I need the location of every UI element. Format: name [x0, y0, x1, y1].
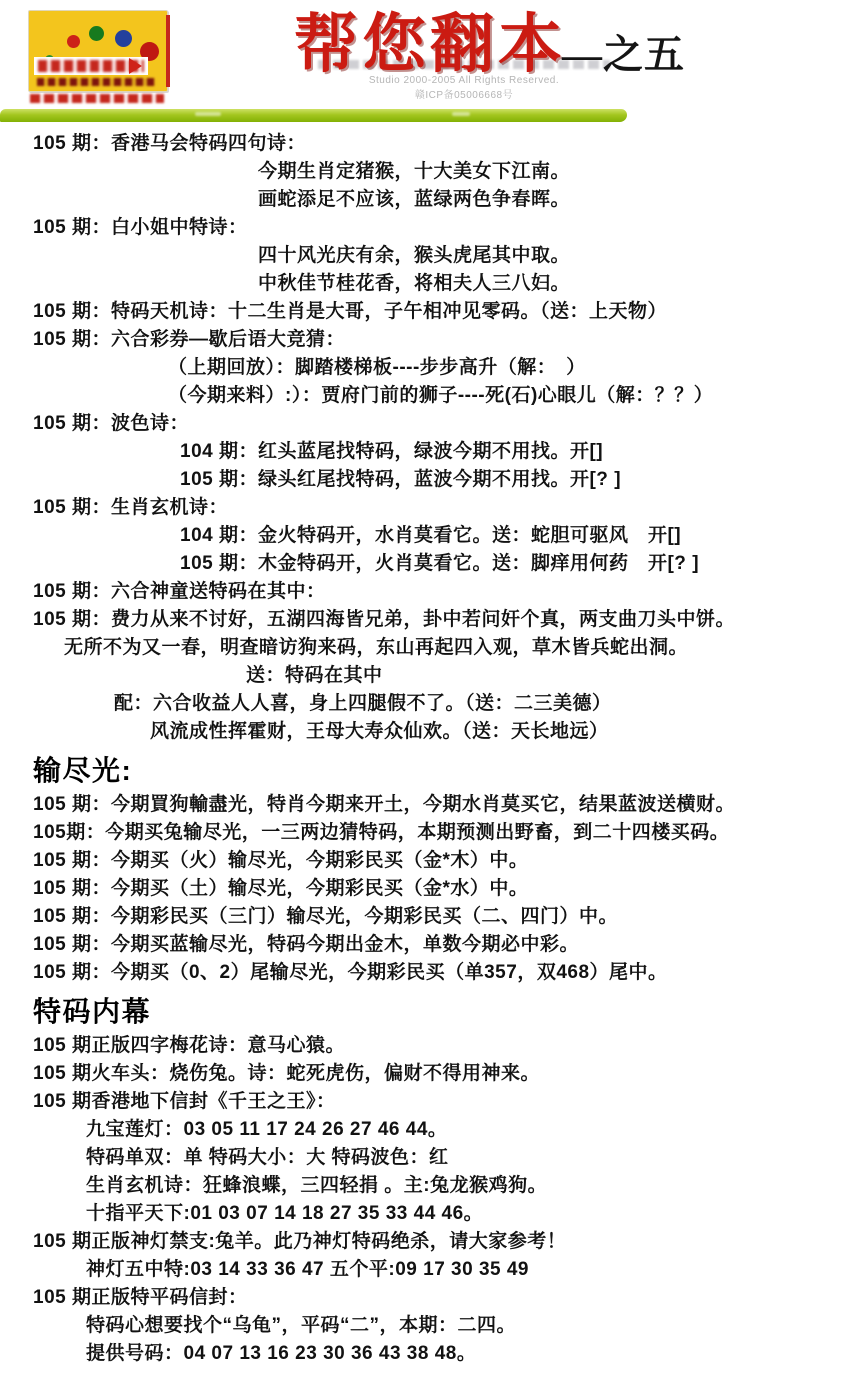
text-line: 105 期火车头：烧伤兔。诗：蛇死虎伤，偏财不得用神来。 [0, 1060, 864, 1088]
page: 帮您翻本 —之五 Studio 2000-2005 All Rights Res… [0, 0, 864, 1374]
header: 帮您翻本 —之五 Studio 2000-2005 All Rights Res… [0, 0, 864, 130]
text-line: 105 期：今期买（土）输尽光，今期彩民买（金*水）中。 [0, 875, 864, 903]
text-line: 105 期：绿头红尾找特码，蓝波今期不用找。开[? ] [0, 466, 864, 494]
text-line: 105 期：今期彩民买（三门）输尽光，今期彩民买（二、四门）中。 [0, 903, 864, 931]
page-title: 帮您翻本 [294, 2, 566, 88]
text-line: 提供号码：04 07 13 16 23 30 36 43 38 48。 [0, 1340, 864, 1368]
text-line: 105 期香港地下信封《千王之王》： [0, 1088, 864, 1116]
text-line: 104 期：金火特码开，水肖莫看它。送：蛇胆可驱风 开[] [0, 522, 864, 550]
text-line: 无所不为又一春，明查暗访狗来码，东山再起四入观，草木皆兵蛇出洞。 [0, 634, 864, 662]
text-line: 105 期：生肖玄机诗： [0, 494, 864, 522]
text-line: 105 期：香港马会特码四句诗： [0, 130, 864, 158]
text-line: （上期回放）：脚踏楼梯板----步步高升（解： ） [0, 354, 864, 382]
text-line: 105 期：白小姐中特诗： [0, 214, 864, 242]
text-line: 105 期：今期买（火）输尽光，今期彩民买（金*木）中。 [0, 847, 864, 875]
page-title-suffix: —之五 [562, 22, 685, 88]
text-line: 中秋佳节桂花香，将相夫人三八妇。 [0, 270, 864, 298]
text-line: 风流成性挥霍财，王母大寿众仙欢。（送：天长地远） [0, 718, 864, 746]
divider-highlight [195, 112, 221, 116]
text-line: 105 期：特码天机诗：十二生肖是大哥，子午相冲见零码。（送：上天物） [0, 298, 864, 326]
lottery-logo [28, 10, 168, 92]
logo-blurred-caption [30, 94, 164, 103]
divider-highlight [452, 112, 470, 116]
text-line: 105 期：今期买（0、2）尾输尽光，今期彩民买（单357，双468）尾中。 [0, 959, 864, 987]
logo-dot-red-small [67, 35, 80, 48]
masthead: 帮您翻本 —之五 [294, 2, 685, 88]
section-heading: 输尽光: [0, 751, 864, 791]
content: 105 期：香港马会特码四句诗：今期生肖定猪猴，十大美女下江南。画蛇添足不应该，… [0, 130, 864, 1368]
text-line: 十指平天下:01 03 07 14 18 27 35 33 44 46。 [0, 1200, 864, 1228]
green-divider [0, 109, 627, 122]
text-line: 104 期：红头蓝尾找特码，绿波今期不用找。开[] [0, 438, 864, 466]
text-line: 105 期：波色诗： [0, 410, 864, 438]
text-line: 105 期正版四字梅花诗：意马心猿。 [0, 1032, 864, 1060]
text-line: 今期生肖定猪猴，十大美女下江南。 [0, 158, 864, 186]
text-line: 特码心想要找个“乌龟”，平码“二”，本期：二四。 [0, 1312, 864, 1340]
text-line: 105 期：今期买蓝输尽光，特码今期出金木，单数今期必中彩。 [0, 931, 864, 959]
text-line: 画蛇添足不应该，蓝绿两色争春晖。 [0, 186, 864, 214]
text-line: 105期：今期买兔输尽光，一三两边猜特码，本期预测出野畜，到二十四楼买码。 [0, 819, 864, 847]
logo-dot-blue [115, 30, 132, 47]
text-line: 特码单双：单 特码大小：大 特码波色：红 [0, 1144, 864, 1172]
text-line: 四十风光庆有余，猴头虎尾其中取。 [0, 242, 864, 270]
text-line: 神灯五中特:03 14 33 36 47 五个平:09 17 30 35 49 [0, 1256, 864, 1284]
text-line: 九宝莲灯：03 05 11 17 24 26 27 46 44。 [0, 1116, 864, 1144]
text-line: （今期来料）:）：贾府门前的狮子----死(石)心眼儿（解：？？） [0, 382, 864, 410]
text-line: 105 期：六合神童送特码在其中： [0, 578, 864, 606]
text-line: 105 期正版神灯禁支:兔羊。此乃神灯特码绝杀，请大家参考！ [0, 1228, 864, 1256]
icp-number: 赣ICP备05006668号 [296, 88, 632, 103]
text-line: 配：六合收益人人喜，身上四腿假不了。（送：二三美德） [0, 690, 864, 718]
text-line: 105 期：今期買狗輸盡光，特肖今期来开土，今期水肖莫买它，结果蓝波送横财。 [0, 791, 864, 819]
text-line: 105 期：费力从来不讨好，五湖四海皆兄弟，卦中若问奸个真，两支曲刀头中饼。 [0, 606, 864, 634]
logo-blurred-dark-text [37, 78, 155, 86]
logo-right-red-strip [166, 15, 170, 87]
section-heading: 特码内幕 [0, 992, 864, 1032]
logo-arrow-icon [129, 58, 142, 74]
text-line: 生肖玄机诗：狂蜂浪蝶，三四轻捐 。主:兔龙猴鸡狗。 [0, 1172, 864, 1200]
text-line: 105 期：木金特码开，火肖莫看它。送：脚痒用何药 开[? ] [0, 550, 864, 578]
text-line: 送：特码在其中 [0, 662, 864, 690]
text-line: 105 期：六合彩券—歇后语大竞猜： [0, 326, 864, 354]
logo-dot-green-dark [89, 26, 104, 41]
text-line: 105 期正版特平码信封： [0, 1284, 864, 1312]
